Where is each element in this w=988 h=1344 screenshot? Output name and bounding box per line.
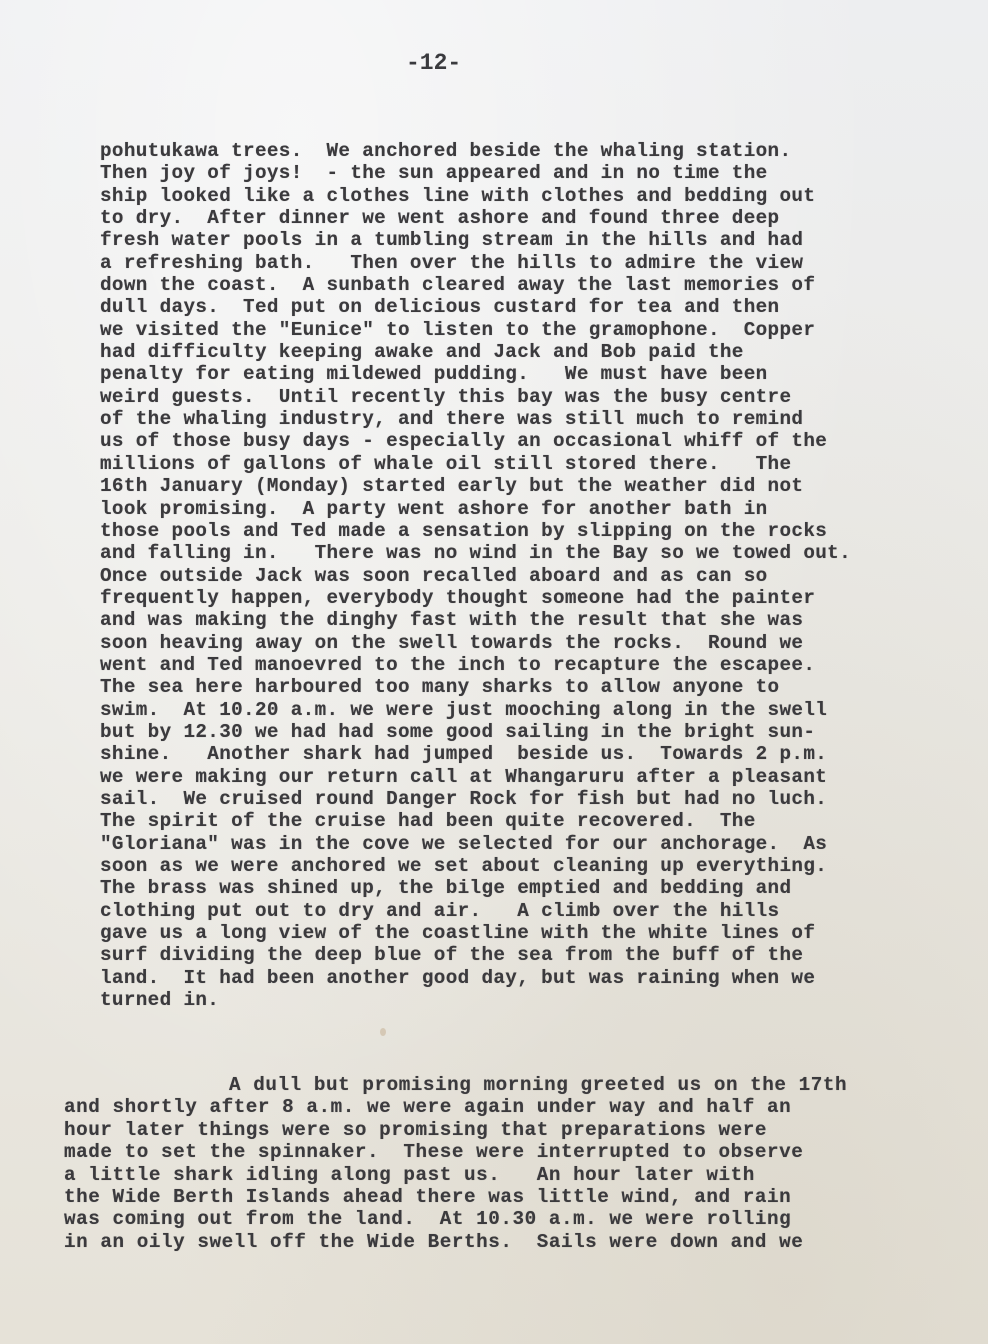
text-line: and shortly after 8 a.m. we were again u…: [64, 1096, 974, 1118]
text-line: Once outside Jack was soon recalled aboa…: [100, 565, 980, 587]
text-line: swim. At 10.20 a.m. we were just moochin…: [100, 699, 980, 721]
text-line: hour later things were so promising that…: [64, 1119, 974, 1141]
text-line: pohutukawa trees. We anchored beside the…: [100, 140, 980, 162]
text-line: the Wide Berth Islands ahead there was l…: [64, 1186, 974, 1208]
text-line: land. It had been another good day, but …: [100, 967, 980, 989]
text-line: but by 12.30 we had had some good sailin…: [100, 721, 980, 743]
text-line: look promising. A party went ashore for …: [100, 498, 980, 520]
text-line: had difficulty keeping awake and Jack an…: [100, 341, 980, 363]
text-line: shine. Another shark had jumped beside u…: [100, 743, 980, 765]
paragraph-2: A dull but promising morning greeted us …: [64, 1074, 974, 1253]
text-line: down the coast. A sunbath cleared away t…: [100, 274, 980, 296]
text-line: to dry. After dinner we went ashore and …: [100, 207, 980, 229]
text-line: fresh water pools in a tumbling stream i…: [100, 229, 980, 251]
text-line: us of those busy days - especially an oc…: [100, 430, 980, 452]
text-line: soon as we were anchored we set about cl…: [100, 855, 980, 877]
text-line: those pools and Ted made a sensation by …: [100, 520, 980, 542]
text-line: The spirit of the cruise had been quite …: [100, 810, 980, 832]
paper-stain: [380, 1028, 386, 1036]
text-line: in an oily swell off the Wide Berths. Sa…: [64, 1231, 974, 1253]
text-line: dull days. Ted put on delicious custard …: [100, 296, 980, 318]
text-line: we visited the "Eunice" to listen to the…: [100, 319, 980, 341]
page-number: -12-: [406, 50, 461, 76]
text-line: a little shark idling along past us. An …: [64, 1164, 974, 1186]
text-line: sail. We cruised round Danger Rock for f…: [100, 788, 980, 810]
typewritten-page: -12- pohutukawa trees. We anchored besid…: [0, 0, 988, 1344]
text-line: of the whaling industry, and there was s…: [100, 408, 980, 430]
text-line: "Gloriana" was in the cove we selected f…: [100, 833, 980, 855]
text-line: The sea here harboured too many sharks t…: [100, 676, 980, 698]
text-line: soon heaving away on the swell towards t…: [100, 632, 980, 654]
text-line: was coming out from the land. At 10.30 a…: [64, 1208, 974, 1230]
text-line: and falling in. There was no wind in the…: [100, 542, 980, 564]
text-line: ship looked like a clothes line with clo…: [100, 185, 980, 207]
text-line: made to set the spinnaker. These were in…: [64, 1141, 974, 1163]
text-line: penalty for eating mildewed pudding. We …: [100, 363, 980, 385]
text-line: gave us a long view of the coastline wit…: [100, 922, 980, 944]
text-line: The brass was shined up, the bilge empti…: [100, 877, 980, 899]
text-line: went and Ted manoevred to the inch to re…: [100, 654, 980, 676]
text-line: a refreshing bath. Then over the hills t…: [100, 252, 980, 274]
text-line: Then joy of joys! - the sun appeared and…: [100, 162, 980, 184]
paragraph-1: pohutukawa trees. We anchored beside the…: [100, 140, 980, 1011]
text-line: weird guests. Until recently this bay wa…: [100, 386, 980, 408]
text-line: A dull but promising morning greeted us …: [64, 1074, 974, 1096]
text-line: 16th January (Monday) started early but …: [100, 475, 980, 497]
text-line: we were making our return call at Whanga…: [100, 766, 980, 788]
text-line: surf dividing the deep blue of the sea f…: [100, 944, 980, 966]
text-line: frequently happen, everybody thought som…: [100, 587, 980, 609]
text-line: and was making the dinghy fast with the …: [100, 609, 980, 631]
text-line: millions of gallons of whale oil still s…: [100, 453, 980, 475]
text-line: turned in.: [100, 989, 980, 1011]
text-line: clothing put out to dry and air. A climb…: [100, 900, 980, 922]
